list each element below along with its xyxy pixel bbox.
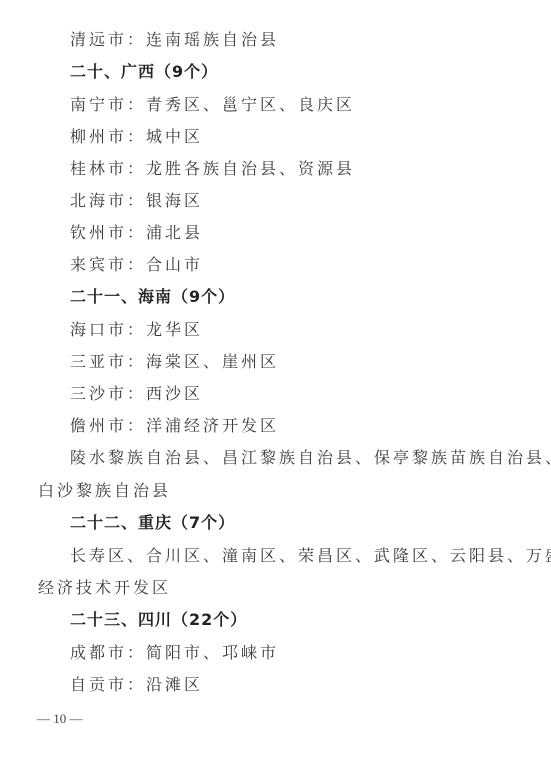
section-heading-hainan: 二十一、海南（9个）: [70, 287, 235, 307]
list-item-hainan-counties-continued: 白沙黎族自治县: [38, 481, 171, 501]
list-item-beihai: 北海市：银海区: [70, 191, 203, 211]
list-item-sansha: 三沙市：西沙区: [70, 384, 203, 404]
list-item-qinzhou: 钦州市：浦北县: [70, 223, 203, 243]
list-item-chengdu: 成都市：简阳市、邛崃市: [70, 643, 279, 663]
list-item-zigong: 自贡市：沿滩区: [70, 675, 203, 695]
list-item-hainan-counties: 陵水黎族自治县、昌江黎族自治县、保亭黎族苗族自治县、: [70, 448, 551, 468]
section-heading-chongqing: 二十二、重庆（7个）: [70, 513, 235, 533]
list-item-danzhou: 儋州市：洋浦经济开发区: [70, 416, 279, 436]
list-item-laibin: 来宾市：合山市: [70, 255, 203, 275]
list-item-liuzhou: 柳州市：城中区: [70, 127, 203, 147]
list-item-chongqing-districts-continued: 经济技术开发区: [38, 578, 171, 598]
section-heading-sichuan: 二十三、四川（22个）: [70, 610, 247, 630]
list-item-sanya: 三亚市：海棠区、崖州区: [70, 352, 279, 372]
document-page: 清远市：连南瑶族自治县 二十、广西（9个） 南宁市：青秀区、邕宁区、良庆区 柳州…: [0, 0, 551, 768]
list-item-chongqing-districts: 长寿区、合川区、潼南区、荣昌区、武隆区、云阳县、万盛: [70, 546, 551, 566]
page-number: — 10 —: [37, 711, 83, 727]
list-item-nanning: 南宁市：青秀区、邕宁区、良庆区: [70, 95, 355, 115]
list-item-guilin: 桂林市：龙胜各族自治县、资源县: [70, 159, 355, 179]
list-item-haikou: 海口市：龙华区: [70, 320, 203, 340]
section-heading-guangxi: 二十、广西（9个）: [70, 62, 218, 82]
list-item-qingyuan: 清远市：连南瑶族自治县: [70, 30, 279, 50]
